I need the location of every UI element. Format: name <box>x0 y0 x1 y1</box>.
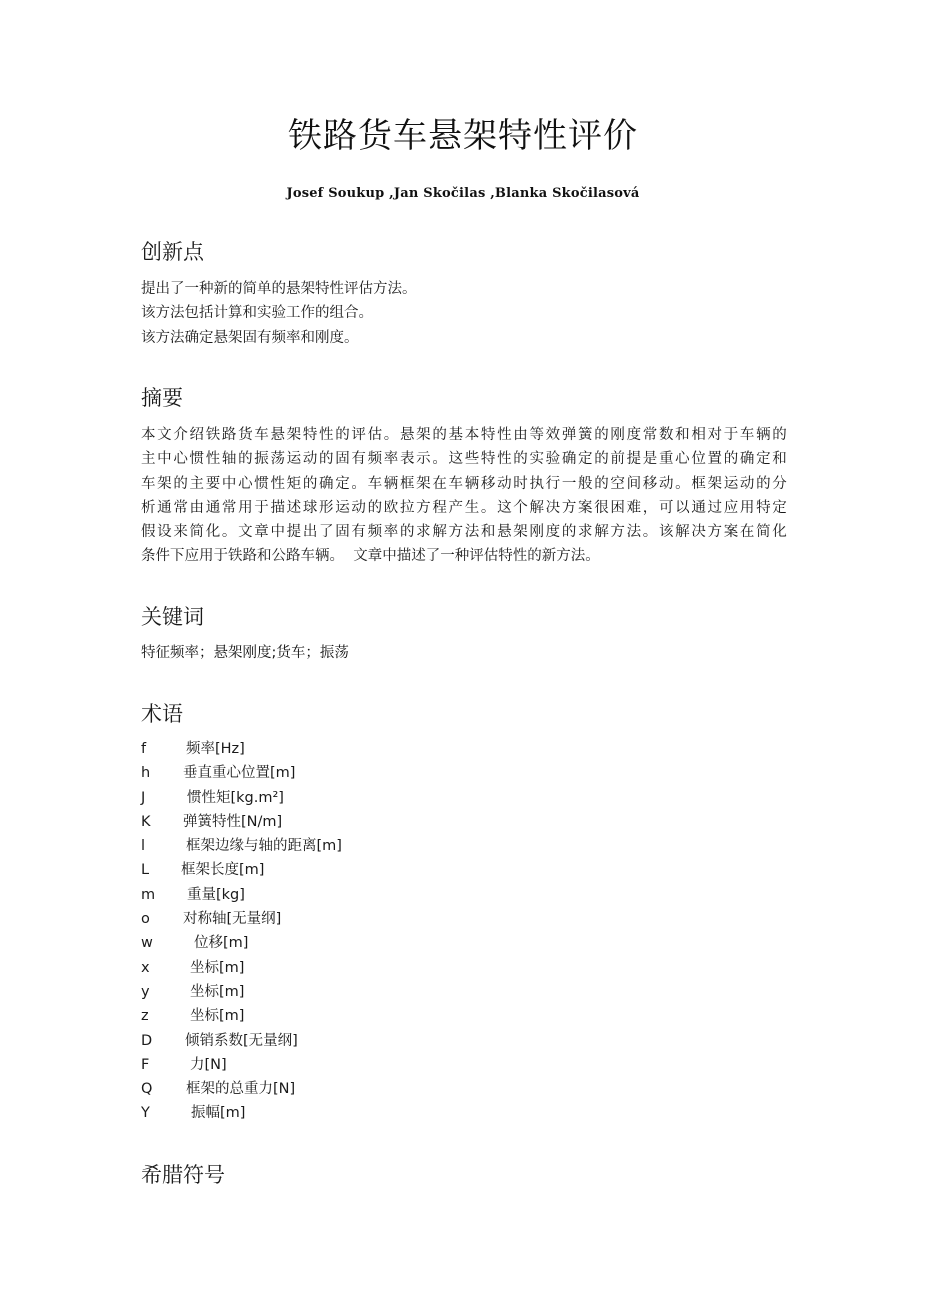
nomenclature-definition: 框架边缘与轴的距离[m] <box>186 834 342 858</box>
author-list: Josef Soukup ,Jan Skočilas ,Blanka Skoči… <box>0 184 926 204</box>
nomenclature-definition: 频率[Hz] <box>186 737 245 761</box>
nomenclature-symbol: K <box>141 810 151 834</box>
highlights-list: 提出了一种新的简单的悬架特性评估方法。 该方法包括计算和实验工作的组合。 该方法… <box>141 277 787 350</box>
nomenclature-symbol: Q <box>141 1077 152 1101</box>
keywords-text: 特征频率；悬架刚度;货车；振荡 <box>141 641 349 665</box>
paper-page: 铁路货车悬架特性评价 Josef Soukup ,Jan Skočilas ,B… <box>0 0 926 1309</box>
nomenclature-symbol: l <box>141 834 145 858</box>
abstract-line: 本文介绍铁路货车悬架特性的评估。悬架的基本特性由等效弹簧的刚度常数和相对于车辆的 <box>141 423 787 447</box>
greek-symbols-heading: 希腊符号 <box>141 1161 225 1189</box>
nomenclature-symbol: x <box>141 956 150 980</box>
nomenclature-definition: 位移[m] <box>194 931 248 955</box>
nomenclature-symbol: w <box>141 931 153 955</box>
nomenclature-symbol: L <box>141 858 149 882</box>
nomenclature-symbol: h <box>141 761 150 785</box>
abstract-line: 车架的主要中心惯性矩的确定。车辆框架在车辆移动时执行一般的空间移动。框架运动的分 <box>141 472 787 496</box>
abstract-line: 析通常由通常用于描述球形运动的欧拉方程产生。这个解决方案很困难，可以通过应用特定 <box>141 496 787 520</box>
nomenclature-symbol: m <box>141 883 155 907</box>
keywords-heading: 关键词 <box>141 603 204 631</box>
abstract-line: 假设来简化。文章中提出了固有频率的求解方法和悬架刚度的求解方法。该解决方案在简化 <box>141 520 787 544</box>
nomenclature-definition: 框架的总重力[N] <box>186 1077 295 1101</box>
nomenclature-definition: 坐标[m] <box>190 956 244 980</box>
nomenclature-symbol: o <box>141 907 150 931</box>
nomenclature-symbol: D <box>141 1029 152 1053</box>
nomenclature-symbol: F <box>141 1053 149 1077</box>
nomenclature-definition: 框架长度[m] <box>181 858 264 882</box>
nomenclature-definition: 坐标[m] <box>190 980 244 1004</box>
nomenclature-definition: 坐标[m] <box>190 1004 244 1028</box>
abstract-line: 条件下应用于铁路和公路车辆。 文章中描述了一种评估特性的新方法。 <box>141 544 787 568</box>
nomenclature-symbol: y <box>141 980 150 1004</box>
nomenclature-definition: 力[N] <box>190 1053 227 1077</box>
nomenclature-definition: 惯性矩[kg.m²] <box>187 786 284 810</box>
abstract-heading: 摘要 <box>141 384 183 412</box>
nomenclature-definition: 重量[kg] <box>187 883 245 907</box>
nomenclature-symbol: J <box>141 786 145 810</box>
nomenclature-definition: 对称轴[无量纲] <box>183 907 281 931</box>
highlights-heading: 创新点 <box>141 238 204 266</box>
highlight-item: 该方法包括计算和实验工作的组合。 <box>141 301 787 325</box>
paper-title: 铁路货车悬架特性评价 <box>0 112 926 160</box>
abstract-line: 主中心惯性轴的振荡运动的固有频率表示。这些特性的实验确定的前提是重心位置的确定和 <box>141 447 787 471</box>
nomenclature-definition: 倾销系数[无量纲] <box>185 1029 298 1053</box>
abstract-body: 本文介绍铁路货车悬架特性的评估。悬架的基本特性由等效弹簧的刚度常数和相对于车辆的… <box>141 423 787 569</box>
nomenclature-symbol: z <box>141 1004 149 1028</box>
highlight-item: 提出了一种新的简单的悬架特性评估方法。 <box>141 277 787 301</box>
nomenclature-definition: 振幅[m] <box>191 1101 245 1125</box>
highlight-item: 该方法确定悬架固有频率和刚度。 <box>141 326 787 350</box>
nomenclature-definition: 垂直重心位置[m] <box>183 761 295 785</box>
nomenclature-definition: 弹簧特性[N/m] <box>183 810 282 834</box>
nomenclature-heading: 术语 <box>141 700 183 728</box>
nomenclature-symbol: Y <box>141 1101 150 1125</box>
nomenclature-symbol: f <box>141 737 146 761</box>
